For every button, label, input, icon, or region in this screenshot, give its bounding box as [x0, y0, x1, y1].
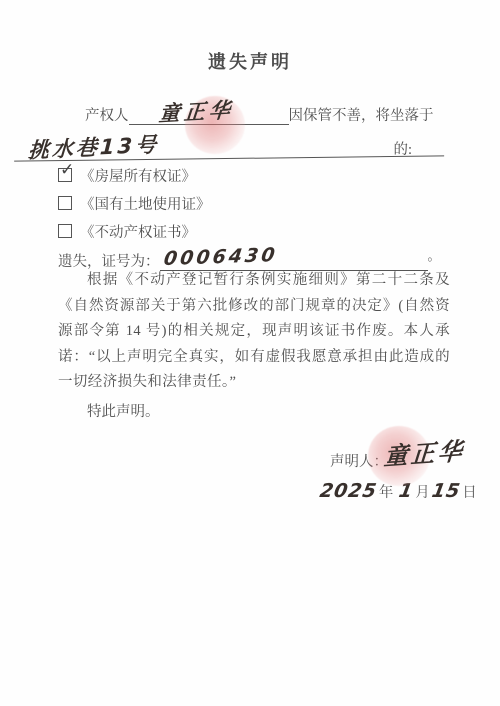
checkbox-real-estate	[58, 224, 72, 238]
date-day-handwritten: 15	[430, 480, 462, 502]
owner-label: 产权人	[85, 108, 129, 124]
checkbox-land-use	[58, 196, 72, 210]
certificate-label: 《房屋所有权证》	[80, 169, 196, 185]
lost-line-period: 。	[428, 248, 441, 263]
certificate-label: 《不动产权证书》	[80, 225, 196, 241]
owner-line-after: 因保管不善，将坐落于	[289, 108, 434, 124]
scanned-document-page: 遗失声明 产权人童正华因保管不善，将坐落于 挑水巷13号 的: ✓《房屋所有权证…	[0, 0, 500, 706]
certificate-row-land: 《国有土地使用证》	[58, 193, 211, 214]
address-handwritten: 挑水巷13号	[27, 129, 160, 165]
year-unit: 年	[379, 485, 394, 501]
certificate-number-handwritten: 0006430	[162, 244, 279, 270]
declarant-signature-handwritten: 童正华	[383, 431, 466, 472]
certificate-row-house: ✓《房屋所有权证》	[58, 165, 196, 186]
day-unit: 日	[462, 485, 477, 501]
owner-line: 产权人童正华因保管不善，将坐落于	[85, 104, 445, 125]
certificate-label: 《国有土地使用证》	[80, 197, 211, 213]
certificate-row-realestate: 《不动产权证书》	[58, 221, 196, 242]
owner-name-handwritten: 童正华	[157, 94, 235, 128]
owner-name-blank: 童正华	[129, 106, 289, 125]
closing-statement: 特此声明。	[58, 400, 160, 421]
checkbox-house-ownership: ✓	[58, 168, 72, 182]
document-title: 遗失声明	[0, 48, 500, 74]
declaration-body-paragraph: 根据《不动产登记暂行条例实施细则》第二十二条及《自然资源部关于第六批修改的部门规…	[58, 268, 450, 396]
address-line-suffix: 的:	[393, 138, 412, 159]
date-year-handwritten: 2025	[318, 480, 379, 502]
checkmark-icon: ✓	[60, 160, 74, 180]
month-unit: 月	[415, 485, 430, 501]
